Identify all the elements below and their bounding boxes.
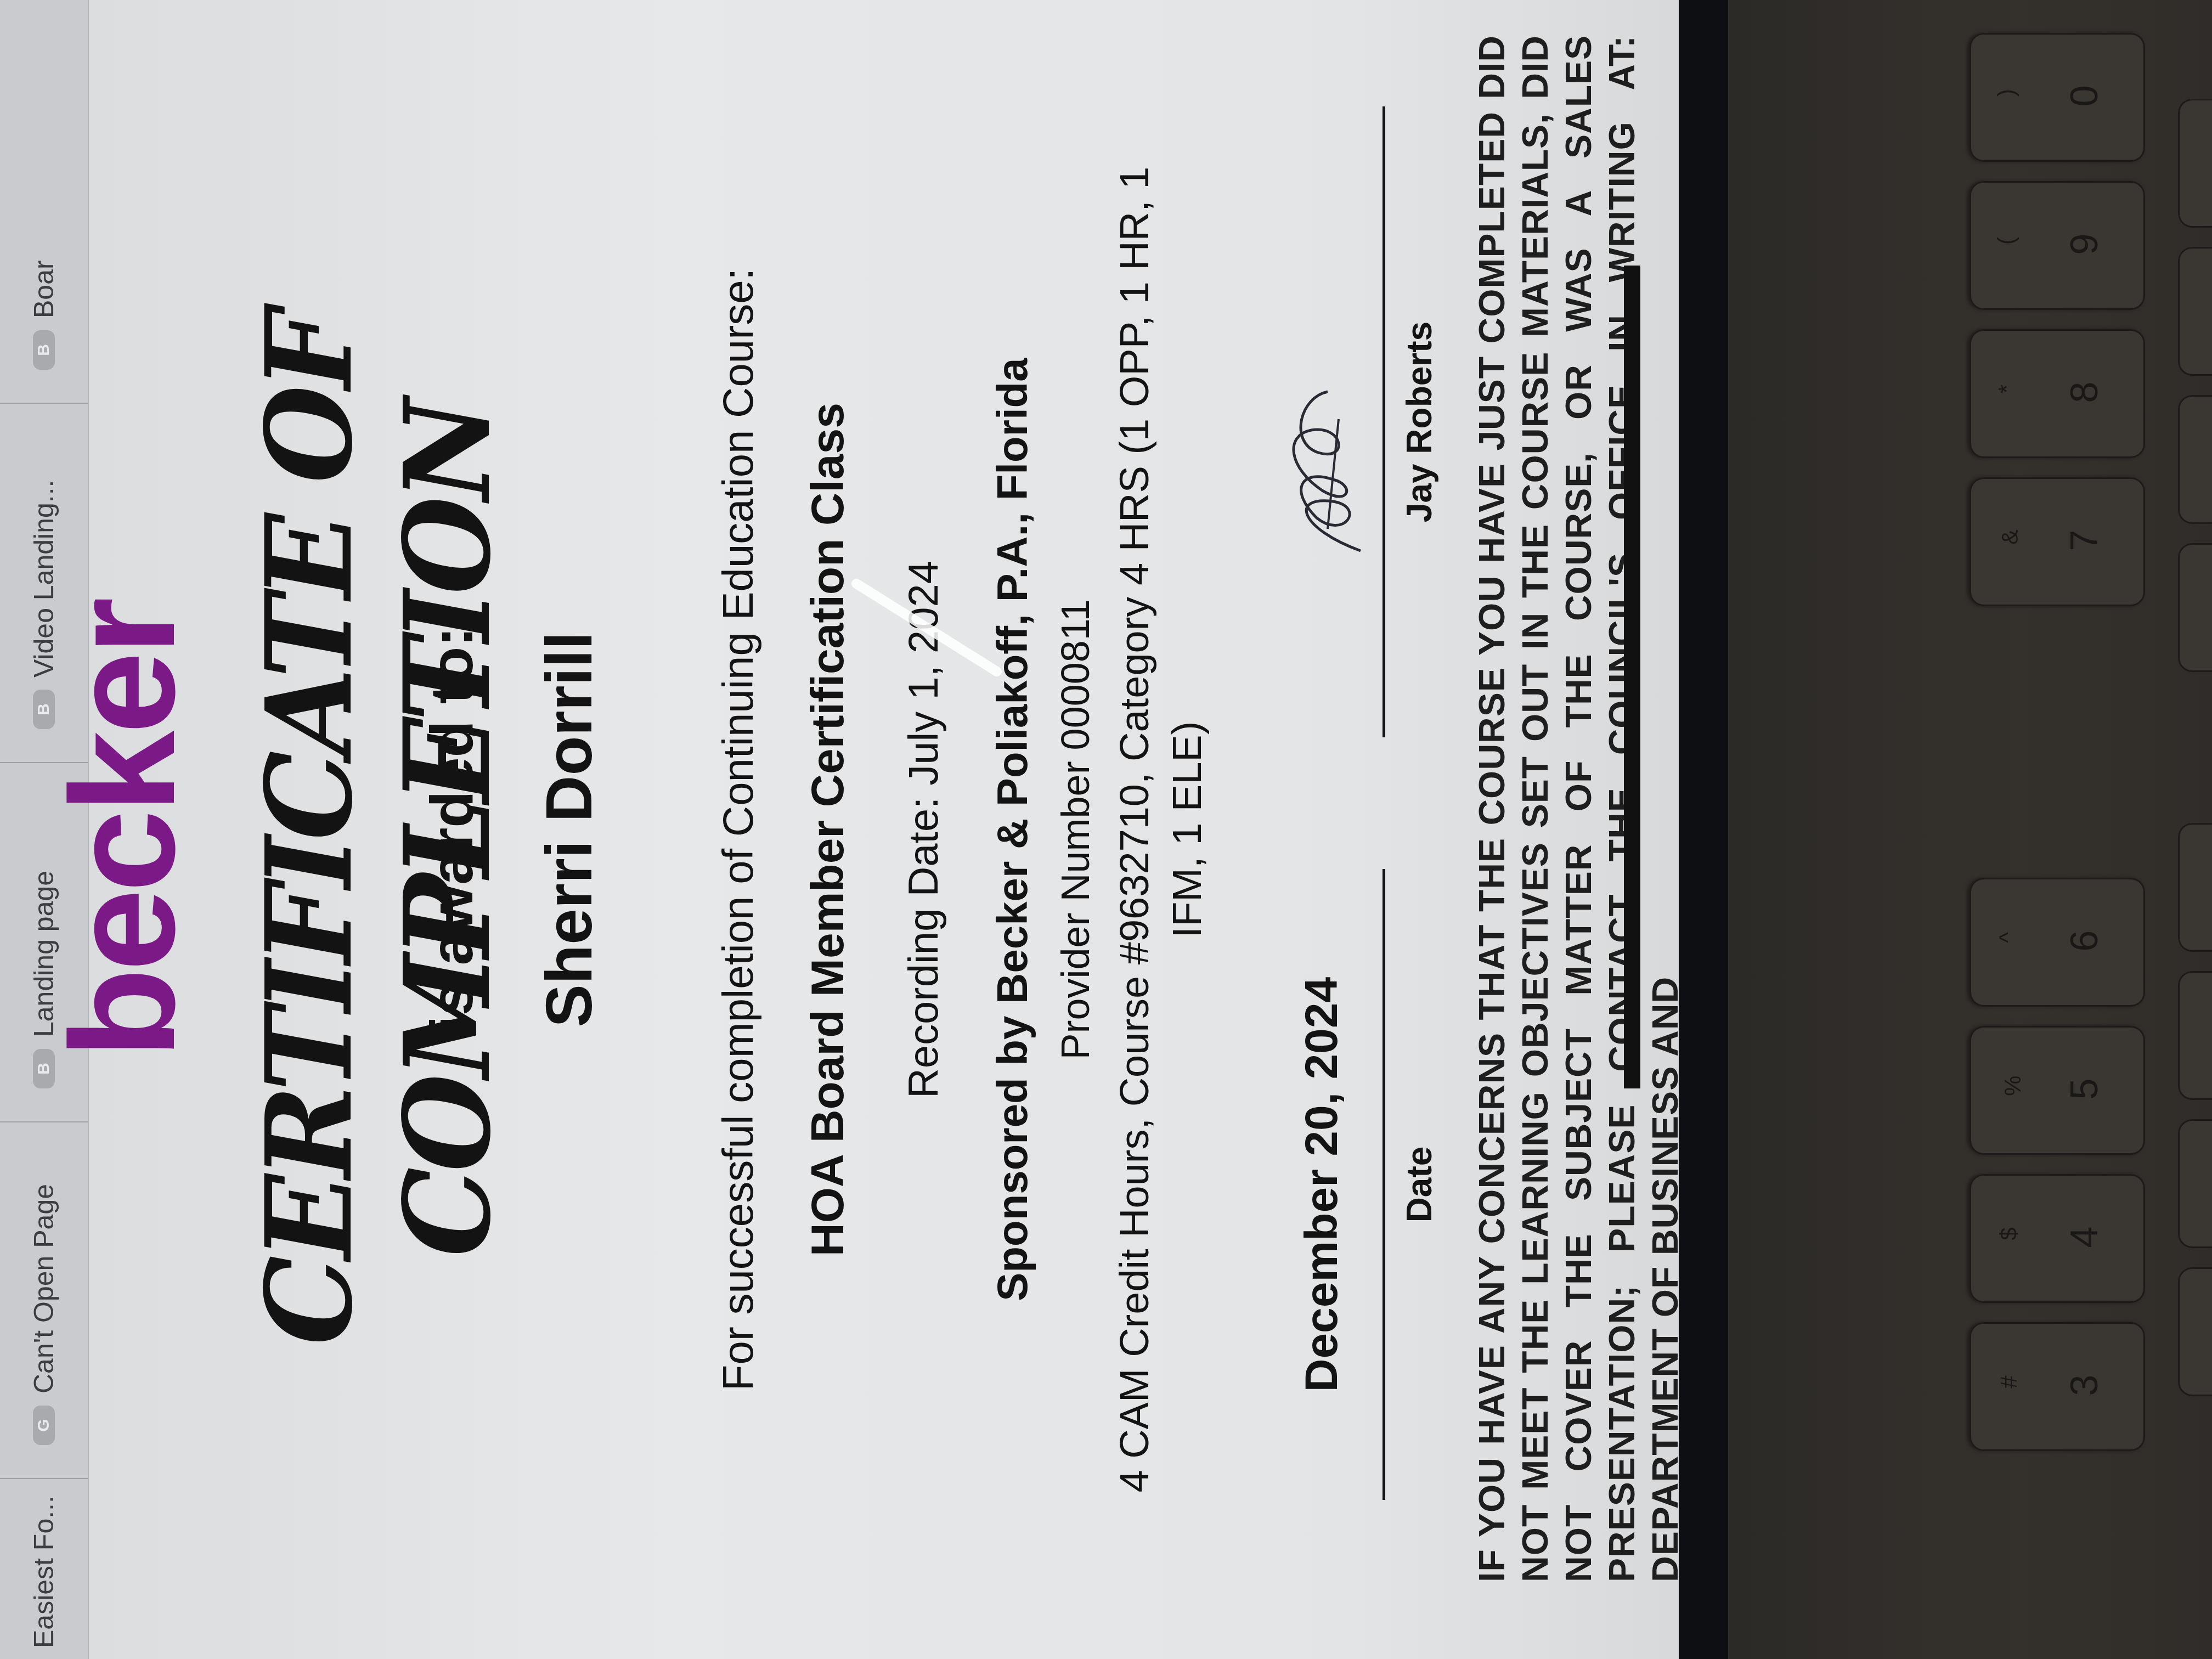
completion-text: For successful completion of Continuing … — [713, 0, 763, 1659]
key[interactable] — [2178, 971, 2212, 1100]
key-6[interactable]: ^6 — [1970, 878, 2145, 1007]
redaction-bar — [1624, 266, 1640, 1088]
sponsor-text: Sponsored by Becker & Poliakoff, P.A., F… — [988, 0, 1037, 1659]
credit-hours: 4 CAM Credit Hours, Course #9632710, Cat… — [1108, 144, 1214, 1515]
signature-icon — [1267, 381, 1372, 562]
key-3[interactable]: #3 — [1970, 1322, 2145, 1451]
becker-logo: becker — [49, 0, 198, 1659]
screen-bezel — [1679, 0, 1728, 1659]
key[interactable] — [2178, 1119, 2212, 1248]
key[interactable] — [2178, 543, 2212, 672]
awarded-to-text: is awarded to: — [417, 0, 487, 1659]
date-label: Date — [1399, 869, 1440, 1500]
key-9[interactable]: (9 — [1970, 181, 2145, 310]
key-5[interactable]: %5 — [1970, 1026, 2145, 1155]
key[interactable] — [2178, 395, 2212, 524]
certificate: becker CERTIFICATE OF COMPLETION is awar… — [88, 0, 1679, 1659]
key[interactable] — [2178, 1267, 2212, 1396]
signature-rule — [1383, 106, 1385, 737]
provider-number: Provider Number 0000811 — [1053, 0, 1098, 1659]
screen: Easiest Fo... G Can't Open Page B Landin… — [0, 0, 1679, 1659]
disclaimer-text: If you have any concerns that the course… — [1470, 35, 1679, 1582]
key[interactable] — [2178, 99, 2212, 228]
key-8[interactable]: *8 — [1970, 329, 2145, 458]
key[interactable] — [2178, 247, 2212, 376]
recording-date: Recording Date: July 1, 2024 — [900, 0, 947, 1659]
issue-date: December 20, 2024 — [1295, 869, 1348, 1500]
key-4[interactable]: $4 — [1970, 1174, 2145, 1303]
course-name: HOA Board Member Certification Class — [801, 0, 854, 1659]
key-0[interactable]: )0 — [1970, 33, 2145, 162]
key[interactable] — [2178, 823, 2212, 952]
key-7[interactable]: &7 — [1970, 477, 2145, 606]
recipient-name: Sherri Dorrill — [532, 0, 607, 1659]
date-rule — [1383, 869, 1385, 1500]
signer-name: Jay Roberts — [1399, 106, 1440, 737]
browser-page: Easiest Fo... G Can't Open Page B Landin… — [0, 0, 1679, 1659]
signature-block: December 20, 2024 Date Jay Roberts — [1218, 0, 1492, 1659]
